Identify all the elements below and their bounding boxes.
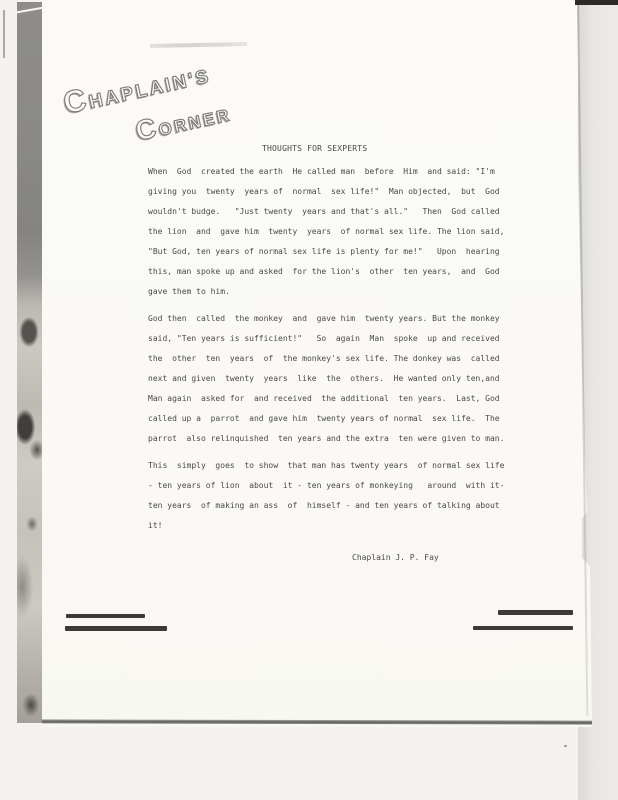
text-line: This simply goes to show that man has tw… xyxy=(148,456,504,476)
text-line: it! xyxy=(148,516,504,536)
page-bottom-edge-shadow xyxy=(42,719,592,724)
text-line: When God created the earth He called man… xyxy=(148,162,504,182)
text-line: wouldn't budge. "Just twenty years and t… xyxy=(148,202,504,222)
paragraph-2: God then called the monkey and gave him … xyxy=(148,309,504,449)
text-line: this, man spoke up and asked for the lio… xyxy=(148,262,504,282)
rule-bar-right-bottom xyxy=(473,626,573,631)
text-line: said, "Ten years is sufficient!" So agai… xyxy=(148,329,504,349)
text-line: "But God, ten years of normal sex life i… xyxy=(148,242,504,262)
scan-edge-mark xyxy=(3,10,5,58)
text-line: - ten years of lion about it - ten years… xyxy=(148,476,504,496)
signature: Chaplain J. P. Fay xyxy=(352,550,439,566)
text-line: parrot also relinquished ten years and t… xyxy=(148,429,504,449)
dust-speck xyxy=(564,745,567,747)
rule-bar-left-top xyxy=(66,614,145,619)
text-line: the lion and gave him twenty years of no… xyxy=(148,222,504,242)
top-right-scan-mark xyxy=(575,0,618,5)
rule-bar-right-top xyxy=(498,610,573,615)
text-line: called up a parrot and gave him twenty y… xyxy=(148,409,504,429)
paragraph-3: This simply goes to show that man has tw… xyxy=(148,456,504,536)
text-line: giving you twenty years of normal sex li… xyxy=(148,182,504,202)
article-title: THOUGHTS FOR SEXPERTS xyxy=(262,141,367,157)
text-line: gave them to him. xyxy=(148,282,504,302)
text-line: God then called the monkey and gave him … xyxy=(148,309,504,329)
paragraph-1: When God created the earth He called man… xyxy=(148,162,504,302)
text-line: ten years of making an ass of himself - … xyxy=(148,496,504,516)
scanned-newsletter-page: CHAPLAIN'S CORNER THOUGHTS FOR SEXPERTS … xyxy=(0,0,618,800)
text-line: Man again asked for and received the add… xyxy=(148,389,504,409)
photo-edge-strip xyxy=(17,2,42,723)
rule-bar-left-bottom xyxy=(65,626,167,631)
text-line: the other ten years of the monkey's sex … xyxy=(148,349,504,369)
text-line: next and given twenty years like the oth… xyxy=(148,369,504,389)
